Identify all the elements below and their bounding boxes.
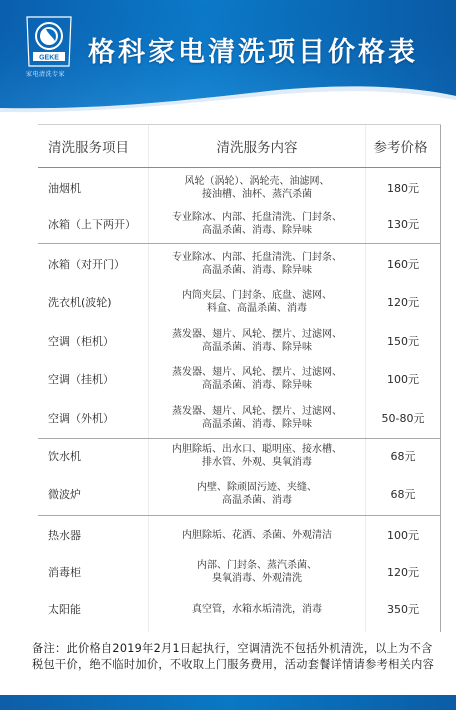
table-row: 冰箱（上下两开） 专业除冰、内部、托盘清洗、门封条、高温杀菌、消毒、除异味 13…: [38, 207, 441, 241]
group-separator: [38, 515, 440, 516]
table-row: 空调（外机） 蒸发器、翅片、风轮、摆片、过滤网、高温杀菌、消毒、除异味 50-8…: [38, 401, 441, 435]
service-content: 专业除冰、内部、托盘清洗、门封条、高温杀菌、消毒、除异味: [149, 211, 365, 237]
table-row: 空调（柜机） 蒸发器、翅片、风轮、摆片、过滤网、高温杀菌、消毒、除异味 150元: [38, 324, 441, 358]
column-header-price: 参考价格: [360, 136, 441, 156]
service-content: 内胆除垢、出水口、聪明座、接水槽、排水管、外观、臭氧消毒: [149, 443, 365, 469]
table-row: 油烟机 风轮（涡轮）、涡轮壳、油滤网、接油槽、油杯、蒸汽杀菌 180元: [38, 171, 441, 205]
table-row: 热水器 内胆除垢、花洒、杀菌、外观清洁 100元: [38, 525, 441, 545]
service-item: 微波炉: [48, 486, 81, 502]
service-price: 350元: [365, 601, 441, 617]
service-price: 50-80元: [365, 410, 441, 426]
table-header-row: 清洗服务项目 清洗服务内容 参考价格: [38, 125, 441, 168]
logo-caption: 家电清洗专家: [26, 69, 65, 78]
service-item: 冰箱（上下两开）: [48, 216, 136, 232]
header-banner: GEKE 家电清洗专家 格科家电清洗项目价格表: [0, 0, 456, 115]
service-item: 空调（外机）: [48, 410, 114, 426]
service-content: 专业除冰、内部、托盘清洗、门封条、高温杀菌、消毒、除异味: [149, 251, 365, 277]
service-item: 饮水机: [48, 448, 81, 464]
table-row: 空调（挂机） 蒸发器、翅片、风轮、摆片、过滤网、高温杀菌、消毒、除异味 100元: [38, 362, 441, 396]
service-item: 油烟机: [48, 180, 81, 196]
service-item: 空调（挂机）: [48, 371, 114, 387]
service-content: 真空管，水箱水垢清洗，消毒: [149, 603, 365, 616]
service-item: 冰箱（对开门）: [48, 256, 125, 272]
price-table: 清洗服务项目 清洗服务内容 参考价格 油烟机 风轮（涡轮）、涡轮壳、油滤网、接油…: [38, 124, 441, 631]
service-content: 风轮（涡轮）、涡轮壳、油滤网、接油槽、油杯、蒸汽杀菌: [149, 175, 365, 201]
table-row: 消毒柜 内部、门封条、蒸汽杀菌、臭氧消毒、外观清洗 120元: [38, 555, 441, 589]
table-row: 冰箱（对开门） 专业除冰、内部、托盘清洗、门封条、高温杀菌、消毒、除异味 160…: [38, 247, 441, 281]
service-price: 120元: [365, 294, 441, 310]
service-price: 68元: [365, 486, 441, 502]
page-title: 格科家电清洗项目价格表: [88, 30, 448, 69]
service-item: 洗衣机(波轮): [48, 294, 112, 310]
svg-text:GEKE: GEKE: [39, 55, 59, 62]
service-price: 120元: [365, 564, 441, 580]
column-header-content: 清洗服务内容: [149, 136, 365, 156]
group-separator: [38, 243, 440, 244]
service-price: 100元: [365, 527, 441, 543]
service-content: 内胆除垢、花洒、杀菌、外观清洁: [149, 529, 365, 542]
table-row: 饮水机 内胆除垢、出水口、聪明座、接水槽、排水管、外观、臭氧消毒 68元: [38, 439, 441, 473]
column-header-item: 清洗服务项目: [48, 136, 129, 156]
service-item: 太阳能: [48, 601, 81, 617]
table-row: 微波炉 内壁、除顽固污迹、夹缝、高温杀菌、消毒 68元: [38, 477, 441, 511]
service-price: 100元: [365, 371, 441, 387]
service-content: 蒸发器、翅片、风轮、摆片、过滤网、高温杀菌、消毒、除异味: [149, 328, 365, 354]
service-price: 68元: [365, 448, 441, 464]
service-price: 130元: [365, 216, 441, 232]
service-content: 蒸发器、翅片、风轮、摆片、过滤网、高温杀菌、消毒、除异味: [149, 366, 365, 392]
service-item: 消毒柜: [48, 564, 81, 580]
service-content: 蒸发器、翅片、风轮、摆片、过滤网、高温杀菌、消毒、除异味: [149, 405, 365, 431]
footer-band: [0, 695, 456, 710]
service-content: 内筒夹层、门封条、底盘、滤网、料盒、高温杀菌、消毒: [149, 289, 365, 315]
service-item: 热水器: [48, 527, 81, 543]
service-content: 内部、门封条、蒸汽杀菌、臭氧消毒、外观清洗: [149, 559, 365, 585]
table-row: 洗衣机(波轮) 内筒夹层、门封条、底盘、滤网、料盒、高温杀菌、消毒 120元: [38, 285, 441, 319]
service-item: 空调（柜机）: [48, 333, 114, 349]
table-row: 太阳能 真空管，水箱水垢清洗，消毒 350元: [38, 599, 441, 619]
service-price: 160元: [365, 256, 441, 272]
service-price: 150元: [365, 333, 441, 349]
footnote: 备注：此价格自2019年2月1日起执行，空调清洗不包括外机清洗，以上为不含税包干…: [32, 641, 442, 672]
service-content: 内壁、除顽固污迹、夹缝、高温杀菌、消毒: [149, 481, 365, 507]
service-price: 180元: [365, 180, 441, 196]
